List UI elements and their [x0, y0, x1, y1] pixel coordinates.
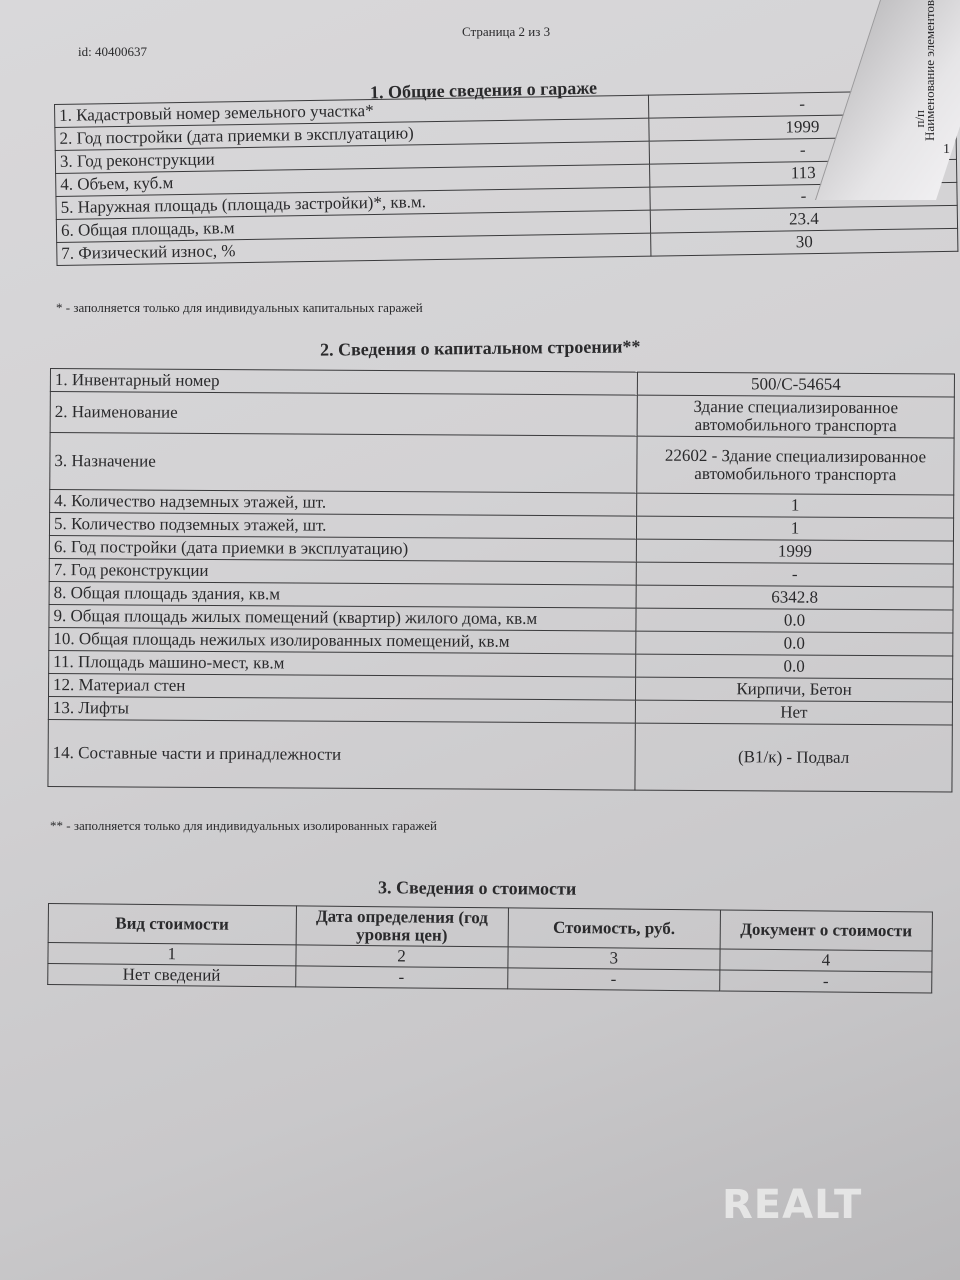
col-number: 3: [508, 947, 720, 970]
cell: -: [720, 970, 932, 993]
col-number: 2: [295, 945, 507, 968]
row-value: 0.0: [636, 631, 953, 656]
row-value: 1999: [636, 539, 953, 564]
header-date: Дата определения (год уровня цен): [296, 906, 509, 947]
header-cost-type: Вид стоимости: [48, 904, 296, 945]
row-value: 0.0: [636, 608, 953, 633]
page-number: Страница 2 из 3: [462, 24, 550, 40]
cell: -: [507, 968, 719, 991]
row-label: 14. Составные части и принадлежности: [48, 719, 635, 790]
row-value: Нет: [635, 700, 952, 725]
section2-footnote: ** - заполняется только для индивидуальн…: [50, 818, 437, 834]
row-value: 30: [651, 228, 958, 256]
row-value: Кирпичи, Бетон: [635, 677, 952, 702]
row-value: Здание специализированное автомобильного…: [637, 395, 954, 438]
row-value: 500/С-54654: [637, 372, 954, 397]
section1-footnote: * - заполняется только для индивидуальны…: [56, 300, 423, 316]
col-number: 1: [48, 943, 296, 966]
header-cost: Стоимость, руб.: [508, 908, 721, 949]
next-page-first-number: 1: [943, 142, 950, 158]
row-label: 3. Назначение: [50, 433, 637, 494]
row-value: (В1/к) - Подвал: [635, 723, 952, 792]
row-value: 1: [637, 493, 954, 518]
row-value: 0.0: [636, 654, 953, 679]
row-value: -: [636, 562, 953, 587]
document-page: Страница 2 из 3 id: 40400637 1. Общие св…: [0, 0, 960, 1280]
table-row: 14. Составные части и принадлежности(В1/…: [48, 719, 952, 792]
document-id: id: 40400637: [78, 44, 147, 60]
row-value: 6342.8: [636, 585, 953, 610]
capital-building-table: 1. Инвентарный номер500/С-546542. Наимен…: [47, 368, 955, 793]
row-value: 22602 - Здание специализированное автомо…: [637, 436, 954, 495]
section2-title: 2. Сведения о капитальном строении**: [320, 336, 641, 360]
row-label: 2. Наименование: [50, 392, 637, 437]
table-row: 2. НаименованиеЗдание специализированное…: [50, 392, 954, 439]
header-document: Документ о стоимости: [720, 910, 933, 951]
row-value: 1: [636, 516, 953, 541]
cell: Нет сведений: [48, 964, 296, 987]
cost-info-table: Вид стоимости Дата определения (год уров…: [47, 903, 933, 993]
table-row: 3. Назначение22602 - Здание специализиро…: [50, 433, 954, 496]
cell: -: [295, 966, 507, 989]
next-page-col-label: п/п: [912, 110, 928, 128]
realt-watermark-logo: REALT: [722, 1182, 862, 1228]
section3-title: 3. Сведения о стоимости: [378, 877, 576, 899]
col-number: 4: [720, 949, 932, 972]
